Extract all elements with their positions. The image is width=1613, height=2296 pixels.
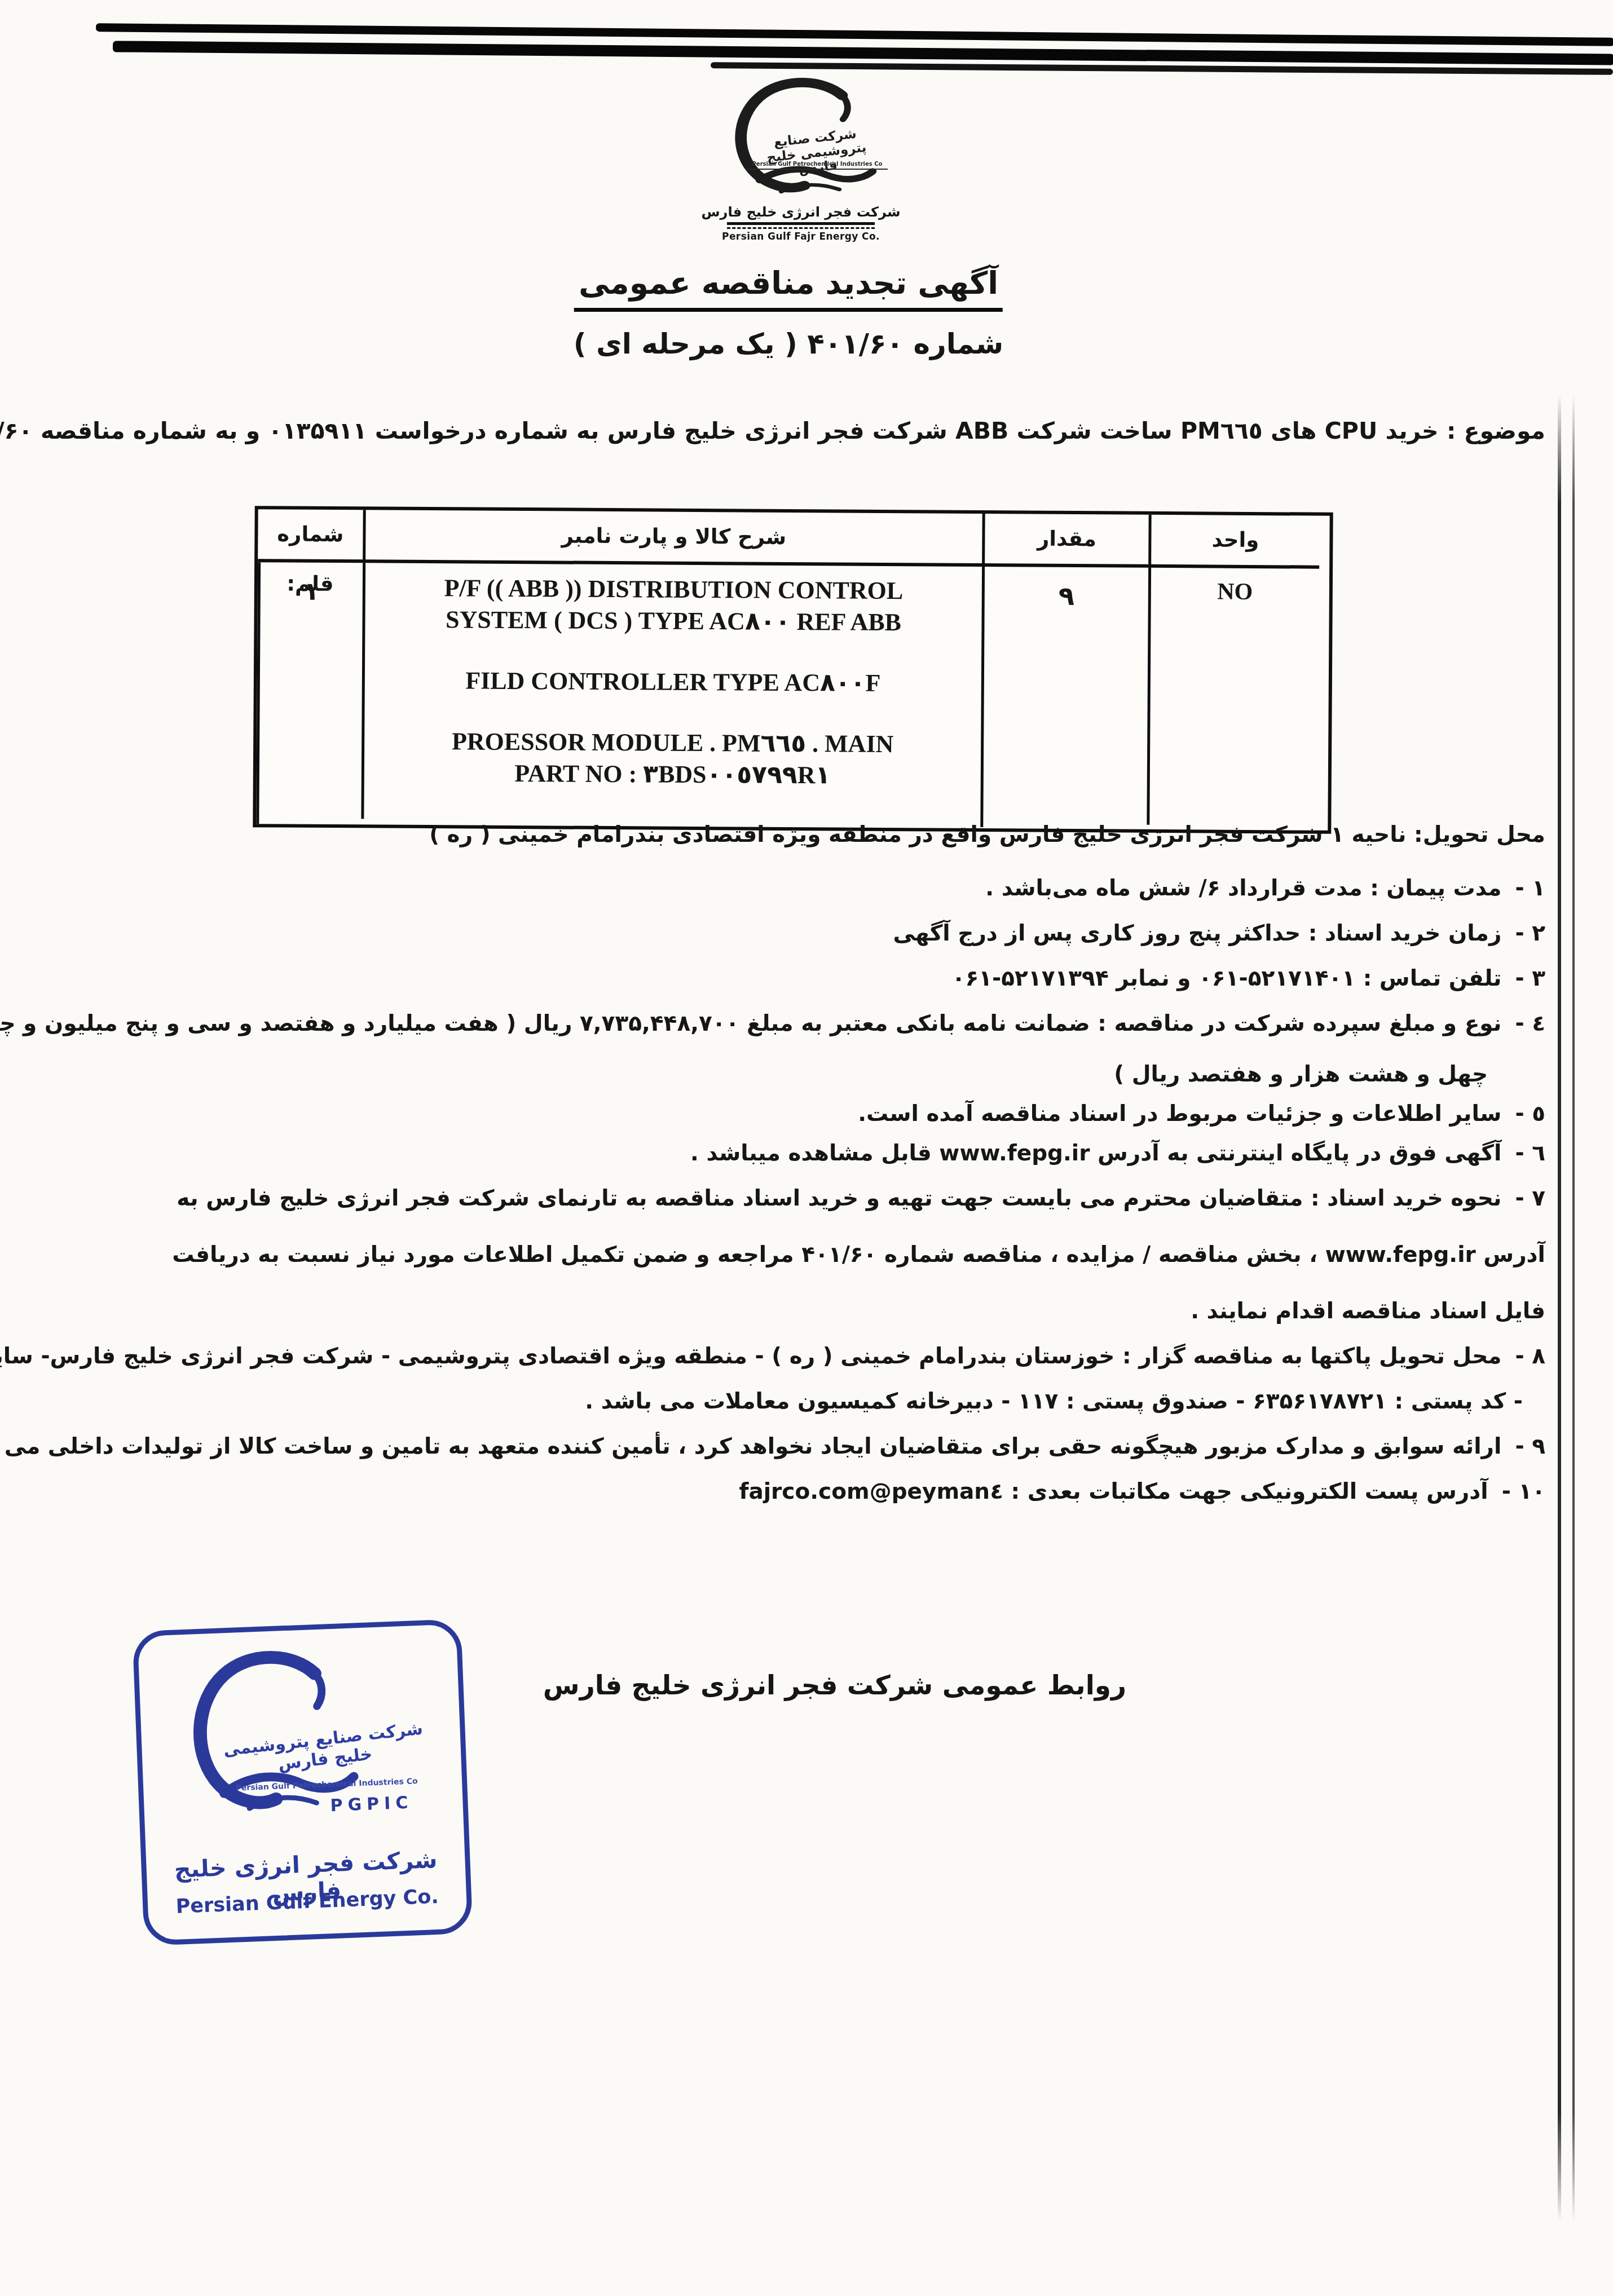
column-header-description: شرح کالا و پارت نامبر [363,510,982,567]
item-text: آگهی فوق در پایگاه اینترنتی به آدرس www.… [690,1141,1501,1166]
page-edge-artifact [1558,395,1561,2222]
tender-items-table: شماره قلم: شرح کالا و پارت نامبر مقدار و… [253,506,1333,834]
tender-number: شماره ۴۰۱/۶۰ ( یک مرحله ای ) [574,328,1004,360]
description-line: SYSTEM ( DCS ) TYPE AC٨٠٠ REF ABB [365,603,981,639]
company-name-fa: شرکت فجر انرژی خلیج فارس [699,204,902,220]
column-header-item-no: شماره قلم: [258,509,363,563]
tender-item-line: ۸ -محل تحویل پاکتها به مناقصه گزار : خوز… [34,1341,1545,1372]
item-text: نحوه خرید اسناد : متقاضیان محترم می بایس… [177,1186,1501,1211]
item-number: ۲ - [1515,918,1545,950]
column-header-unit: واحد [1148,515,1320,569]
company-logo: شرکت صنایع پتروشیمی خلیج فارس Persian Gu… [699,77,902,242]
tender-item-line: ۱۰ -آدرس پست الکترونیکی جهت مکاتبات بعدی… [34,1476,1545,1508]
logo-divider [727,222,875,229]
item-text: - کد پستی : ۶۳۵۶۱۷۸۷۲۱ - صندوق پستی : ۱۱… [585,1389,1523,1414]
tender-item-continuation: آدرس www.fepg.ir ، بخش مناقصه / مزایده ،… [34,1239,1545,1271]
scan-artifact-top [711,62,1613,75]
tender-item-continuation: چهل و هشت هزار و هفتصد ریال ) [34,1059,1488,1090]
item-text: محل تحویل پاکتها به مناقصه گزار : خوزستا… [0,1344,1501,1369]
tender-item-line: ۱ -مدت پیمان : مدت قرارداد ۶/ شش ماه می‌… [34,873,1545,904]
description-line: PROESSOR MODULE . PM٦٦٥ . MAIN [364,725,981,761]
scan-artifact-top [113,41,1613,65]
item-text: مدت پیمان : مدت قرارداد ۶/ شش ماه می‌باش… [985,876,1501,901]
tender-item-line: ۷ -نحوه خرید اسناد : متقاضیان محترم می ب… [34,1183,1545,1215]
tender-item-line: ۲ -زمان خرید اسناد : حداکثر پنج روز کاری… [34,918,1545,950]
document-title: آگهی تجدید مناقصه عمومی [574,265,1003,312]
item-number: ٦ - [1515,1138,1545,1169]
tender-item-continuation: فایل اسناد مناقصه اقدام نمایند . [34,1296,1545,1327]
subject-line: موضوع : خرید CPU های PM٦٦٥ ساخت شرکت ABB… [34,417,1545,444]
item-number: ٥ - [1515,1098,1545,1130]
scanned-tender-document: شرکت صنایع پتروشیمی خلیج فارس Persian Gu… [0,0,1613,2296]
tender-item-line: ٦ -آگهی فوق در پایگاه اینترنتی به آدرس w… [34,1138,1545,1169]
item-number: ٤ - [1515,1008,1545,1040]
description-line: PART NO : ٣BDS٠٠٥٧٩٩R١ [364,757,981,792]
item-number: ۱ - [1515,873,1545,904]
delivery-location-line: محل تحویل: ناحیه ۱ شرکت فجر انرژی خلیج ف… [429,822,1545,847]
description-line: FILD CONTROLLER TYPE AC٨٠٠F [365,664,981,700]
item-number: ۳ - [1515,963,1545,995]
item-number: ۸ - [1515,1341,1545,1372]
tender-item-line: ٤ -نوع و مبلغ سپرده شرکت در مناقصه : ضما… [34,1008,1545,1040]
title-block: آگهی تجدید مناقصه عمومی شماره ۴۰۱/۶۰ ( ی… [574,265,1004,360]
table-cell-description: P/F (( ABB )) DISTRIBUTION CONTROL SYSTE… [361,563,982,823]
item-number: ۱۰ - [1502,1476,1545,1508]
logo-subscript: Persian Gulf Petrochemical Industries Co [747,161,888,170]
item-text: ارائه سوابق و مدارک مزبور هیچگونه حقی بر… [0,1434,1501,1459]
column-header-quantity: مقدار [982,514,1149,568]
table-cell-unit: NO [1147,568,1319,826]
item-text: نوع و مبلغ سپرده شرکت در مناقصه : ضمانت … [0,1011,1501,1036]
item-number: ۹ - [1515,1431,1545,1463]
company-name-en: Persian Gulf Fajr Energy Co. [699,231,902,242]
tender-item-line: ٥ -سایر اطلاعات و جزئیات مربوط در اسناد … [34,1098,1545,1130]
item-text: آدرس www.fepg.ir ، بخش مناقصه / مزایده ،… [172,1242,1545,1268]
table-cell-item-no: ۱ [256,562,363,824]
item-text: آدرس پست الکترونیکی جهت مکاتبات بعدی : p… [739,1479,1488,1504]
tender-item-continuation: - کد پستی : ۶۳۵۶۱۷۸۷۲۱ - صندوق پستی : ۱۱… [34,1386,1523,1418]
item-text: چهل و هشت هزار و هفتصد ریال ) [1114,1062,1488,1087]
tender-item-line: ۹ -ارائه سوابق و مدارک مزبور هیچگونه حقی… [34,1431,1545,1463]
page-edge-artifact [1572,395,1575,2222]
company-stamp: شرکت صنایع پتروشیمی خلیج فارس Persian Gu… [133,1619,473,1946]
tender-item-line: ۳ -تلفن تماس : ۵۲۱۷۱۴۰۱-۰۶۱ و نمابر ۵۲۱۷… [34,963,1545,995]
item-text: سایر اطلاعات و جزئیات مربوط در اسناد منا… [858,1101,1501,1127]
signature-line: روابط عمومی شرکت فجر انرژی خلیج فارس [496,1670,1173,1701]
item-number: ۷ - [1515,1183,1545,1215]
description-line: P/F (( ABB )) DISTRIBUTION CONTROL [365,572,982,607]
table-cell-quantity: ۹ [980,567,1148,828]
tender-conditions-list: ۱ -مدت پیمان : مدت قرارداد ۶/ شش ماه می‌… [34,873,1545,1521]
item-text: زمان خرید اسناد : حداکثر پنج روز کاری پس… [893,921,1501,946]
item-text: تلفن تماس : ۵۲۱۷۱۴۰۱-۰۶۱ و نمابر ۵۲۱۷۱۳۹… [952,966,1502,991]
item-text: فایل اسناد مناقصه اقدام نمایند . [1191,1299,1545,1324]
stamp-acronym: PGPIC [330,1793,413,1816]
